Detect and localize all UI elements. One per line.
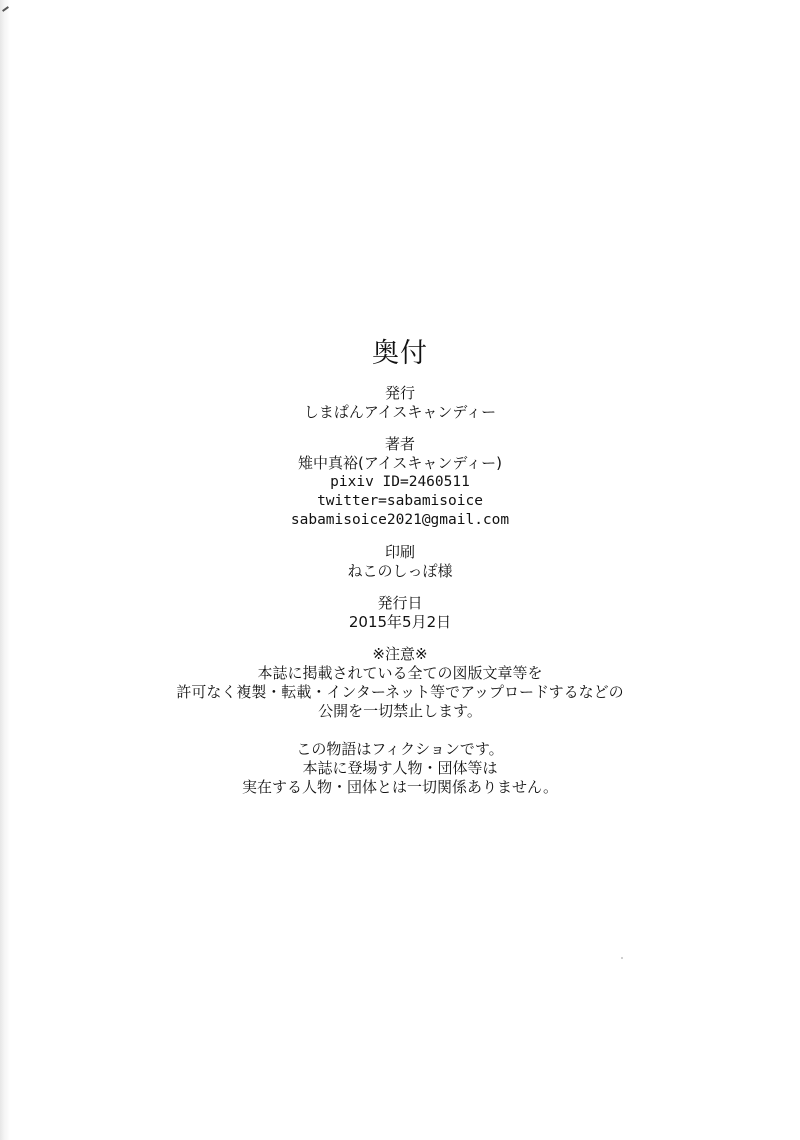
author-email: sabamisoice2021@gmail.com (0, 511, 800, 530)
publisher-label: 発行 (0, 384, 800, 403)
scan-speck (621, 957, 623, 959)
fiction-line: 本誌に登場す人物・団体等は (0, 759, 800, 778)
author-label: 著者 (0, 435, 800, 454)
issue-date-label: 発行日 (0, 594, 800, 613)
notice-block: ※注意※ 本誌に掲載されている全ての図版文章等を 許可なく複製・転載・インターネ… (0, 645, 800, 721)
colophon-title: 奥付 (0, 337, 800, 371)
fiction-disclaimer: この物語はフィクションです。 本誌に登場す人物・団体等は 実在する人物・団体とは… (0, 740, 800, 797)
issue-date-section: 発行日 2015年5月2日 (0, 594, 800, 632)
publisher-value: しまぱんアイスキャンディー (0, 403, 800, 422)
fiction-line: この物語はフィクションです。 (0, 740, 800, 759)
author-twitter: twitter=sabamisoice (0, 492, 800, 511)
publisher-section: 発行 しまぱんアイスキャンディー (0, 384, 800, 422)
notice-line: 本誌に掲載されている全ての図版文章等を (0, 664, 800, 683)
notice-line: 許可なく複製・転載・インターネット等でアップロードするなどの (0, 683, 800, 702)
printer-label: 印刷 (0, 543, 800, 562)
author-section: 著者 雉中真裕(アイスキャンディー) pixiv ID=2460511 twit… (0, 435, 800, 530)
author-name: 雉中真裕(アイスキャンディー) (0, 454, 800, 473)
colophon: 奥付 発行 しまぱんアイスキャンディー 著者 雉中真裕(アイスキャンディー) p… (0, 337, 800, 797)
notice-heading: ※注意※ (0, 645, 800, 664)
printer-section: 印刷 ねこのしっぽ様 (0, 543, 800, 581)
issue-date-value: 2015年5月2日 (0, 613, 800, 632)
fiction-line: 実在する人物・団体とは一切関係ありません。 (0, 778, 800, 797)
notice-line: 公開を一切禁止します。 (0, 702, 800, 721)
author-pixiv: pixiv ID=2460511 (0, 473, 800, 492)
printer-value: ねこのしっぽ様 (0, 562, 800, 581)
